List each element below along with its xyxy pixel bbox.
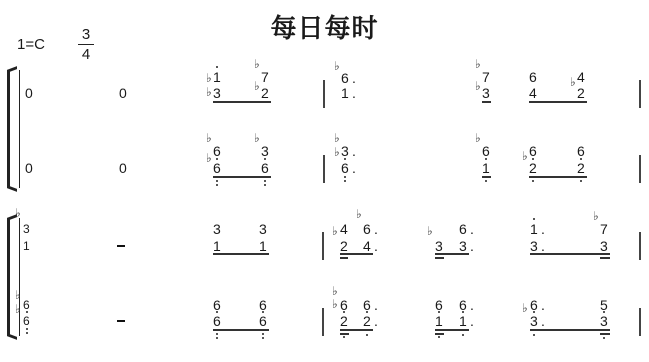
note: 6: [529, 144, 537, 158]
beam: [213, 176, 271, 178]
note: 4: [529, 86, 537, 100]
high-octave-dot: [533, 218, 535, 220]
low-octave-dot: [264, 184, 266, 186]
rest-zero: 0: [25, 86, 33, 100]
sustain-dash: [117, 320, 125, 322]
note: 7: [482, 70, 490, 84]
note: 6: [341, 161, 349, 175]
low-octave-dot: [216, 180, 218, 182]
barline: [322, 232, 324, 260]
low-octave-dot: [216, 333, 218, 335]
high-octave-dot: [216, 66, 218, 68]
augmentation-dot: .: [352, 161, 356, 175]
barline: [639, 308, 641, 336]
beam-second: [600, 333, 610, 335]
low-octave-dot: [26, 328, 28, 330]
note: 2: [577, 86, 585, 100]
note: 3: [435, 239, 443, 253]
flat-icon: ♭: [475, 132, 481, 144]
note: 2: [577, 161, 585, 175]
system-1-brace: [7, 70, 20, 188]
note: 4: [340, 222, 348, 236]
augmentation-dot: .: [374, 314, 378, 328]
flat-icon: ♭: [15, 289, 21, 301]
low-octave-dot: [485, 180, 487, 182]
note: 6: [530, 298, 538, 312]
note: 6: [459, 222, 467, 236]
note: 2: [261, 86, 269, 100]
barline: [639, 80, 641, 108]
note: 1: [213, 239, 221, 253]
beam: [340, 329, 373, 331]
low-octave-dot: [26, 332, 28, 334]
note: 3: [213, 222, 221, 236]
note: 6: [341, 71, 349, 85]
beam-second: [340, 333, 349, 335]
augmentation-dot: .: [352, 86, 356, 100]
note: 2: [529, 161, 537, 175]
barline: [322, 308, 324, 336]
flat-icon: ♭: [206, 152, 212, 164]
flat-icon: ♭: [522, 302, 528, 314]
beam: [529, 176, 587, 178]
underline: [482, 101, 491, 103]
note: 7: [600, 222, 608, 236]
barline: [323, 155, 325, 183]
beam: [529, 101, 587, 103]
note: 6: [459, 298, 467, 312]
low-octave-dot: [26, 311, 28, 313]
low-octave-dot: [262, 333, 264, 335]
note: 3: [23, 222, 30, 236]
note: 3: [213, 86, 221, 100]
low-octave-dot: [216, 184, 218, 186]
note: 6: [259, 314, 267, 328]
flat-icon: ♭: [15, 303, 21, 315]
note: 3: [261, 144, 269, 158]
augmentation-dot: .: [352, 144, 356, 158]
note: 6: [213, 314, 221, 328]
beam-second: [435, 333, 444, 335]
beam-second: [435, 257, 444, 259]
note: 2: [363, 314, 371, 328]
augmentation-dot: .: [374, 239, 378, 253]
barline: [639, 232, 641, 260]
flat-icon: ♭: [475, 80, 481, 92]
note: 6: [259, 298, 267, 312]
flat-icon: ♭: [332, 298, 338, 310]
low-octave-dot: [344, 180, 346, 182]
flat-icon: ♭: [206, 72, 212, 84]
note: 1: [213, 70, 221, 84]
note: 3: [482, 86, 490, 100]
system-2-brace: [7, 218, 20, 336]
note: 6: [529, 70, 537, 84]
flat-icon: ♭: [206, 86, 212, 98]
note: 2: [340, 239, 348, 253]
note: 1: [530, 222, 538, 236]
time-signature: 3 4: [76, 26, 96, 63]
barline: [639, 155, 641, 183]
augmentation-dot: .: [470, 298, 474, 312]
time-signature-denominator: 4: [76, 46, 96, 63]
beam: [213, 253, 269, 255]
note: 6: [261, 161, 269, 175]
flat-icon: ♭: [334, 60, 340, 72]
note: 6: [577, 144, 585, 158]
note: 1: [482, 161, 490, 175]
note: 3: [530, 239, 538, 253]
augmentation-dot: .: [470, 239, 474, 253]
beam: [530, 329, 610, 331]
note: 6: [213, 161, 221, 175]
augmentation-dot: .: [374, 298, 378, 312]
note: 7: [261, 70, 269, 84]
low-octave-dot: [366, 334, 368, 336]
time-signature-numerator: 3: [76, 26, 96, 43]
low-octave-dot: [580, 180, 582, 182]
low-octave-dot: [344, 176, 346, 178]
augmentation-dot: .: [541, 314, 545, 328]
note: 6: [435, 298, 443, 312]
key-signature: 1=C: [17, 36, 45, 53]
flat-icon: ♭: [254, 132, 260, 144]
beam: [213, 101, 271, 103]
score-title: 每日每时: [0, 8, 649, 45]
note: 1: [23, 239, 30, 253]
low-octave-dot: [438, 336, 440, 338]
flat-icon: ♭: [332, 225, 338, 237]
flat-icon: ♭: [522, 150, 528, 162]
note: 4: [577, 70, 585, 84]
flat-icon: ♭: [570, 76, 576, 88]
flat-icon: ♭: [475, 58, 481, 70]
beam: [213, 329, 269, 331]
flat-icon: ♭: [334, 146, 340, 158]
flat-icon: ♭: [206, 132, 212, 144]
flat-icon: ♭: [15, 207, 21, 219]
beam: [435, 329, 469, 331]
note: 6: [213, 298, 221, 312]
note: 3: [259, 222, 267, 236]
note: 2: [340, 314, 348, 328]
beam-second: [340, 257, 348, 259]
low-octave-dot: [216, 337, 218, 339]
note: 6: [23, 298, 30, 312]
rest-zero: 0: [119, 86, 127, 100]
augmentation-dot: .: [374, 222, 378, 236]
underline: [482, 176, 491, 178]
note: 3: [600, 239, 608, 253]
note: 3: [459, 239, 467, 253]
note: 6: [340, 298, 348, 312]
low-octave-dot: [603, 337, 605, 339]
note: 6: [213, 144, 221, 158]
sustain-dash: [117, 245, 125, 247]
flat-icon: ♭: [593, 210, 599, 222]
flat-icon: ♭: [332, 285, 338, 297]
rest-zero: 0: [25, 161, 33, 175]
note: 6: [482, 144, 490, 158]
flat-icon: ♭: [334, 132, 340, 144]
flat-icon: ♭: [254, 80, 260, 92]
note: 1: [459, 314, 467, 328]
note: 1: [341, 86, 349, 100]
note: 3: [341, 144, 349, 158]
low-octave-dot: [343, 336, 345, 338]
augmentation-dot: .: [541, 298, 545, 312]
low-octave-dot: [533, 334, 535, 336]
note: 6: [363, 298, 371, 312]
note: 1: [435, 314, 443, 328]
low-octave-dot: [462, 334, 464, 336]
beam-second: [600, 257, 610, 259]
beam: [530, 253, 610, 255]
note: 1: [259, 239, 267, 253]
note: 3: [600, 314, 608, 328]
augmentation-dot: .: [470, 314, 474, 328]
flat-icon: ♭: [254, 58, 260, 70]
note: 6: [23, 314, 30, 328]
augmentation-dot: .: [541, 222, 545, 236]
note: 3: [530, 314, 538, 328]
beam: [435, 253, 469, 255]
low-octave-dot: [532, 180, 534, 182]
note: 4: [363, 239, 371, 253]
flat-icon: ♭: [427, 225, 433, 237]
flat-icon: ♭: [356, 208, 362, 220]
low-octave-dot: [264, 180, 266, 182]
barline: [323, 80, 325, 108]
augmentation-dot: .: [352, 71, 356, 85]
time-signature-bar: [78, 44, 94, 45]
low-octave-dot: [262, 337, 264, 339]
augmentation-dot: .: [541, 239, 545, 253]
rest-zero: 0: [119, 161, 127, 175]
augmentation-dot: .: [470, 222, 474, 236]
note: 5: [600, 298, 608, 312]
beam: [340, 253, 373, 255]
note: 6: [363, 222, 371, 236]
